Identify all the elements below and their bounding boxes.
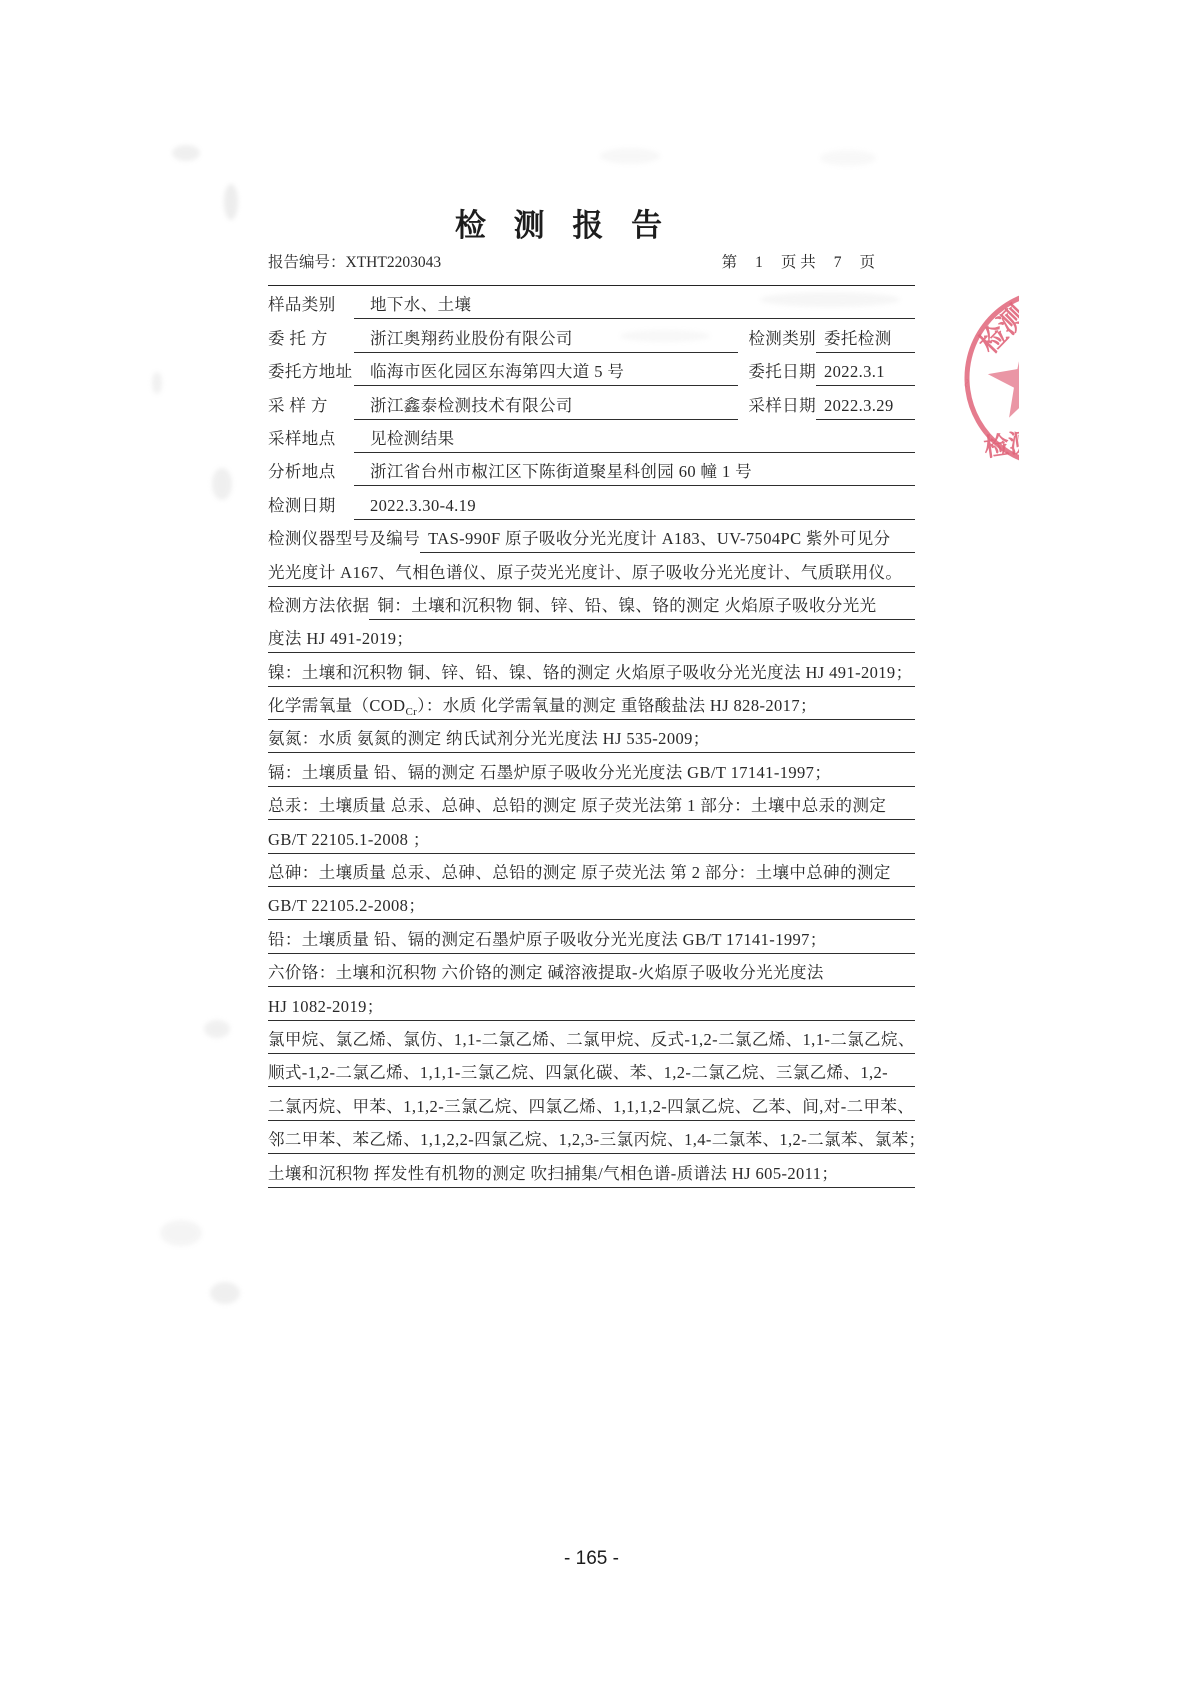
method-line: HJ 1082-2019； [268, 987, 915, 1020]
cod-subscript: Cr [405, 706, 417, 718]
scan-smudge [600, 148, 660, 164]
instruments-value: TAS-990F 原子吸收分光光度计 A183、UV-7504PC 紫外可见分 [420, 525, 915, 553]
row-analysis-site: 分析地点 浙江省台州市椒江区下陈街道聚星科创园 60 幢 1 号 [268, 453, 915, 486]
method-line: 度法 HJ 491-2019； [268, 620, 915, 653]
current-page: 1 [755, 254, 763, 271]
test-date-label: 检测日期 [268, 492, 354, 520]
methods-label: 检测方法依据 [268, 592, 369, 620]
method-line: 铅：土壤质量 铅、镉的测定石墨炉原子吸收分光光度法 GB/T 17141-199… [268, 920, 915, 953]
method-line: 氯甲烷、氯乙烯、氯仿、1,1-二氯乙烯、二氯甲烷、反式-1,2-二氯乙烯、1,1… [268, 1021, 915, 1054]
method-line: 六价铬：土壤和沉积物 六价铬的测定 碱溶液提取-火焰原子吸收分光光度法 [268, 954, 915, 987]
test-date-value: 2022.3.30-4.19 [354, 496, 915, 520]
method-line: 邻二甲苯、苯乙烯、1,1,2,2-四氯乙烷、1,2,3-三氯丙烷、1,4-二氯苯… [268, 1121, 915, 1154]
method-line: 二氯丙烷、甲苯、1,1,2-三氯乙烷、四氯乙烯、1,1,1,2-四氯乙烷、乙苯、… [268, 1087, 915, 1120]
scan-smudge [210, 1282, 240, 1304]
entrust-date-value: 2022.3.1 [816, 362, 915, 386]
report-number-label: 报告编号： [268, 254, 346, 271]
row-sampler: 采 样 方 浙江鑫泰检测技术有限公司 采样日期 2022.3.29 [268, 386, 915, 419]
cod-post: ）：水质 化学需氧量的测定 重铬酸盐法 HJ 828-2017； [417, 692, 817, 716]
scan-smudge [760, 292, 900, 307]
scan-smudge [204, 1020, 230, 1038]
page-indicator: 第1页 共7页 [718, 250, 915, 272]
document-page: 检 测 报 告 报告编号：XTHT2203043 第1页 共7页 样品类别 地下… [0, 0, 1199, 1696]
scan-smudge [172, 145, 200, 161]
sample-type-label: 样品类别 [268, 291, 354, 319]
instruments-label: 检测仪器型号及编号 [268, 525, 420, 553]
instruments-continuation: 光光度计 A167、气相色谱仪、原子荧光光度计、原子吸收分光光度计、气质联用仪。 [268, 553, 915, 586]
sampling-site-value: 见检测结果 [354, 425, 915, 453]
report-number: 报告编号：XTHT2203043 [268, 250, 441, 272]
method-line: GB/T 22105.2-2008； [268, 887, 915, 920]
row-test-date: 检测日期 2022.3.30-4.19 [268, 486, 915, 519]
total-pages: 7 [834, 254, 842, 271]
row-client: 委 托 方 浙江奥翔药业股份有限公司 检测类别 委托检测 [268, 319, 915, 352]
method-line: 总砷：土壤质量 总汞、总砷、总铅的测定 原子荧光法 第 2 部分：土壤中总砷的测… [268, 854, 915, 887]
row-methods: 检测方法依据 铜：土壤和沉积物 铜、锌、铅、镍、铬的测定 火焰原子吸收分光光 [268, 587, 915, 620]
sampling-date-label: 采样日期 [748, 392, 816, 420]
seal-icon: 检测 检测 ~ [953, 283, 1019, 469]
method-line: 镉：土壤质量 铅、镉的测定 石墨炉原子吸收分光光度法 GB/T 17141-19… [268, 753, 915, 786]
red-seal-stamp: 检测 检测 ~ [953, 283, 1019, 469]
report-title: 检 测 报 告 [240, 200, 887, 248]
sampler-value: 浙江鑫泰检测技术有限公司 [354, 392, 738, 420]
method-line: GB/T 22105.1-2008 ； [268, 820, 915, 853]
analysis-site-label: 分析地点 [268, 458, 354, 486]
cod-pre: 化学需氧量（COD [268, 692, 405, 716]
sampling-site-label: 采样地点 [268, 425, 354, 453]
entrust-date-label: 委托日期 [748, 358, 816, 386]
report-body: 检 测 报 告 报告编号：XTHT2203043 第1页 共7页 样品类别 地下… [268, 0, 915, 1188]
client-address-label: 委托方地址 [268, 358, 354, 386]
sampler-label: 采 样 方 [268, 392, 354, 420]
scan-smudge [160, 1220, 202, 1246]
test-type-label: 检测类别 [748, 325, 816, 353]
method-line: 顺式-1,2-二氯乙烯、1,1,1-三氯乙烷、四氯化碳、苯、1,2-二氯乙烷、三… [268, 1054, 915, 1087]
scan-smudge [152, 372, 162, 394]
methods-first-value: 铜：土壤和沉积物 铜、锌、铅、镍、铬的测定 火焰原子吸收分光光 [369, 592, 915, 620]
row-sampling-site: 采样地点 见检测结果 [268, 420, 915, 453]
sampling-date-value: 2022.3.29 [816, 396, 915, 420]
client-label: 委 托 方 [268, 325, 354, 353]
row-instruments: 检测仪器型号及编号 TAS-990F 原子吸收分光光度计 A183、UV-750… [268, 520, 915, 553]
client-address-value: 临海市医化园区东海第四大道 5 号 [354, 358, 738, 386]
analysis-site-value: 浙江省台州市椒江区下陈街道聚星科创园 60 幢 1 号 [354, 458, 915, 486]
test-type-value: 委托检测 [816, 325, 915, 353]
method-line: 土壤和沉积物 挥发性有机物的测定 吹扫捕集/气相色谱-质谱法 HJ 605-20… [268, 1154, 915, 1187]
scan-smudge [820, 150, 876, 166]
method-line: 镍：土壤和沉积物 铜、锌、铅、镍、铬的测定 火焰原子吸收分光光度法 HJ 491… [268, 653, 915, 686]
scan-smudge [620, 330, 710, 342]
row-client-address: 委托方地址 临海市医化园区东海第四大道 5 号 委托日期 2022.3.1 [268, 353, 915, 386]
method-line-cod: 化学需氧量（CODCr）：水质 化学需氧量的测定 重铬酸盐法 HJ 828-20… [268, 687, 915, 720]
form-rows: 样品类别 地下水、土壤 委 托 方 浙江奥翔药业股份有限公司 检测类别 委托检测… [268, 286, 915, 1188]
method-line: 总汞：土壤质量 总汞、总砷、总铅的测定 原子荧光法第 1 部分：土壤中总汞的测定 [268, 787, 915, 820]
report-number-value: XTHT2203043 [346, 254, 442, 271]
page-number-footer: - 165 - [268, 1548, 915, 1570]
scan-smudge [224, 184, 238, 220]
method-line: 氨氮：水质 氨氮的测定 纳氏试剂分光光度法 HJ 535-2009； [268, 720, 915, 753]
report-header-row: 报告编号：XTHT2203043 第1页 共7页 [268, 250, 915, 272]
scan-smudge [212, 468, 232, 500]
